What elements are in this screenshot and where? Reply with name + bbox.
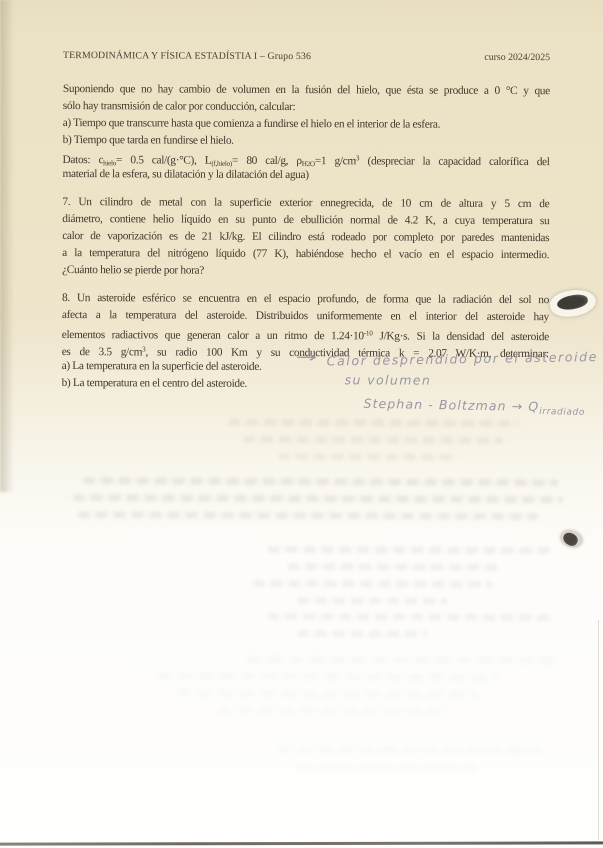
paper-background: TERMODINÁMICA Y FÍSICA ESTADÍSTIA I – Gr… bbox=[0, 0, 603, 848]
problem-8: 8. Un asteroide esférico se encuentra en… bbox=[62, 290, 549, 394]
bleed-through-line bbox=[278, 453, 458, 461]
text-line: sólo hay transmisión de calor por conduc… bbox=[63, 98, 550, 117]
bleed-through-line bbox=[228, 419, 518, 427]
text-line: calor de vaporización es de 21 kJ/kg. El… bbox=[62, 228, 549, 247]
bleed-through-line bbox=[73, 494, 563, 503]
bleed-through-line bbox=[288, 563, 498, 571]
text-line: b) Tiempo que tarda en fundirse el hielo… bbox=[63, 132, 550, 151]
text-line: diámetro, contiene helio líquido en su p… bbox=[62, 211, 549, 230]
bleed-through-line bbox=[157, 672, 497, 680]
course-title: TERMODINÁMICA Y FÍSICA ESTADÍSTIA I – Gr… bbox=[63, 50, 311, 62]
text-line: 7. Un cilindro de metal con la superfici… bbox=[62, 194, 549, 213]
problem-7: 7. Un cilindro de metal con la superfici… bbox=[62, 194, 549, 281]
bleed-through-line bbox=[247, 656, 557, 664]
bleed-through-line bbox=[78, 511, 538, 520]
bleed-through-line bbox=[83, 477, 558, 486]
page-header: TERMODINÁMICA Y FÍSICA ESTADÍSTIA I – Gr… bbox=[63, 50, 550, 63]
handwritten-note-line-3: Stephan - Boltzman → Qirradiado bbox=[363, 396, 585, 418]
bleed-through-line bbox=[243, 436, 503, 444]
text-line: ¿Cuánto helio se pierde por hora? bbox=[62, 262, 549, 281]
text-line: b) La temperatura en el centro del aster… bbox=[62, 375, 549, 394]
text-line: elementos radiactivos que generan calor … bbox=[62, 324, 549, 343]
scanned-document-page: { "header": { "title": "TERMODINÁMICA Y … bbox=[0, 0, 603, 848]
bleed-through-line bbox=[268, 613, 553, 621]
page-content: TERMODINÁMICA Y FÍSICA ESTADÍSTIA I – Gr… bbox=[0, 0, 603, 848]
bleed-through-line bbox=[277, 746, 547, 754]
text-line: afecta a la temperatura del asteroide. D… bbox=[62, 307, 549, 326]
bleed-through-line bbox=[298, 597, 448, 605]
bleed-through-line bbox=[217, 707, 447, 715]
handwritten-note-line-2: su volumen bbox=[345, 372, 432, 387]
bleed-through-line bbox=[253, 580, 493, 588]
handwritten-arrow: → bbox=[296, 348, 317, 366]
text-line: material de la esfera, su dilatación y l… bbox=[62, 166, 549, 185]
page-right-edge bbox=[598, 620, 599, 840]
text-line: a) Tiempo que transcurre hasta que comie… bbox=[63, 115, 550, 134]
bleed-through-line bbox=[297, 630, 427, 638]
text-line: 8. Un asteroide esférico se encuentra en… bbox=[62, 290, 549, 309]
problem-6-continuation: Suponiendo que no hay cambio de volumen … bbox=[62, 81, 549, 185]
bleed-through-line bbox=[297, 763, 477, 771]
text-line: Datos: chielo= 0.5 cal/(g·°C), L(f,hielo… bbox=[63, 149, 550, 168]
text-line: Suponiendo que no hay cambio de volumen … bbox=[63, 81, 550, 100]
bleed-through-line bbox=[268, 546, 553, 554]
text-line: a la temperatura del nitrógeno líquido (… bbox=[62, 245, 549, 264]
course-year: curso 2024/2025 bbox=[484, 52, 550, 63]
handwritten-note-line-3-subscript: irradiado bbox=[539, 407, 585, 418]
bleed-through-line bbox=[177, 690, 477, 698]
handwritten-note-line-3-text: Stephan - Boltzman → Q bbox=[363, 396, 539, 414]
